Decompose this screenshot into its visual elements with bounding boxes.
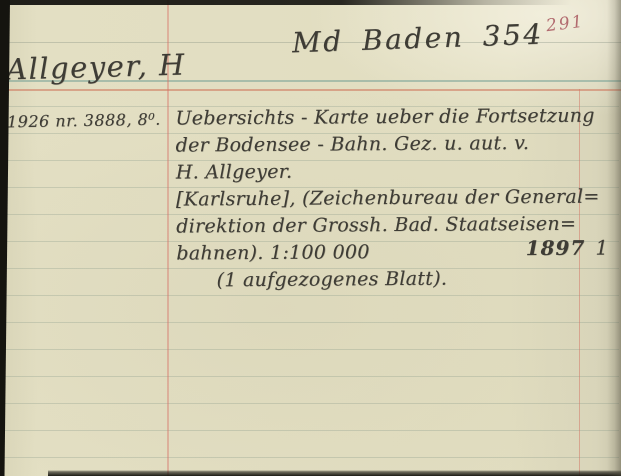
- note-line: (1 aufgezogenes Blatt).: [176, 264, 616, 294]
- title-line-2: der Bodensee - Bahn. Gez. u. aut. v.: [176, 129, 616, 159]
- publication-year: 1897: [526, 235, 586, 262]
- scan-edge-bottom: [48, 470, 621, 476]
- shelfmark-heading: Md Baden 354: [292, 18, 545, 60]
- imprint-scale: bahnen). 1:100 000: [176, 241, 370, 264]
- entry-body: Uebersichts - Karte ueber die Fortsetzun…: [175, 102, 616, 294]
- header-rule-red: [0, 89, 621, 91]
- imprint-line-3: bahnen). 1:100 000 1897 1: [176, 237, 616, 267]
- catalog-card: Md Baden 354 291 Allgeyer, H 1926 nr. 38…: [0, 0, 621, 476]
- scan-edge-top: [0, 0, 621, 5]
- author-heading: Allgeyer, H: [6, 47, 187, 86]
- scan-edge-left: [0, 0, 10, 476]
- imprint-line-1: [Karlsruhe], (Zeichenbureau der General=: [176, 183, 616, 213]
- title-line-1: Uebersichts - Karte ueber die Fortsetzun…: [175, 102, 615, 132]
- title-line-3: H. Allgeyer.: [176, 156, 616, 186]
- corner-number: 291: [545, 12, 586, 37]
- scan-edge-right: [607, 0, 621, 476]
- accession-number: 1926 nr. 3888, 8⁰.: [7, 110, 161, 132]
